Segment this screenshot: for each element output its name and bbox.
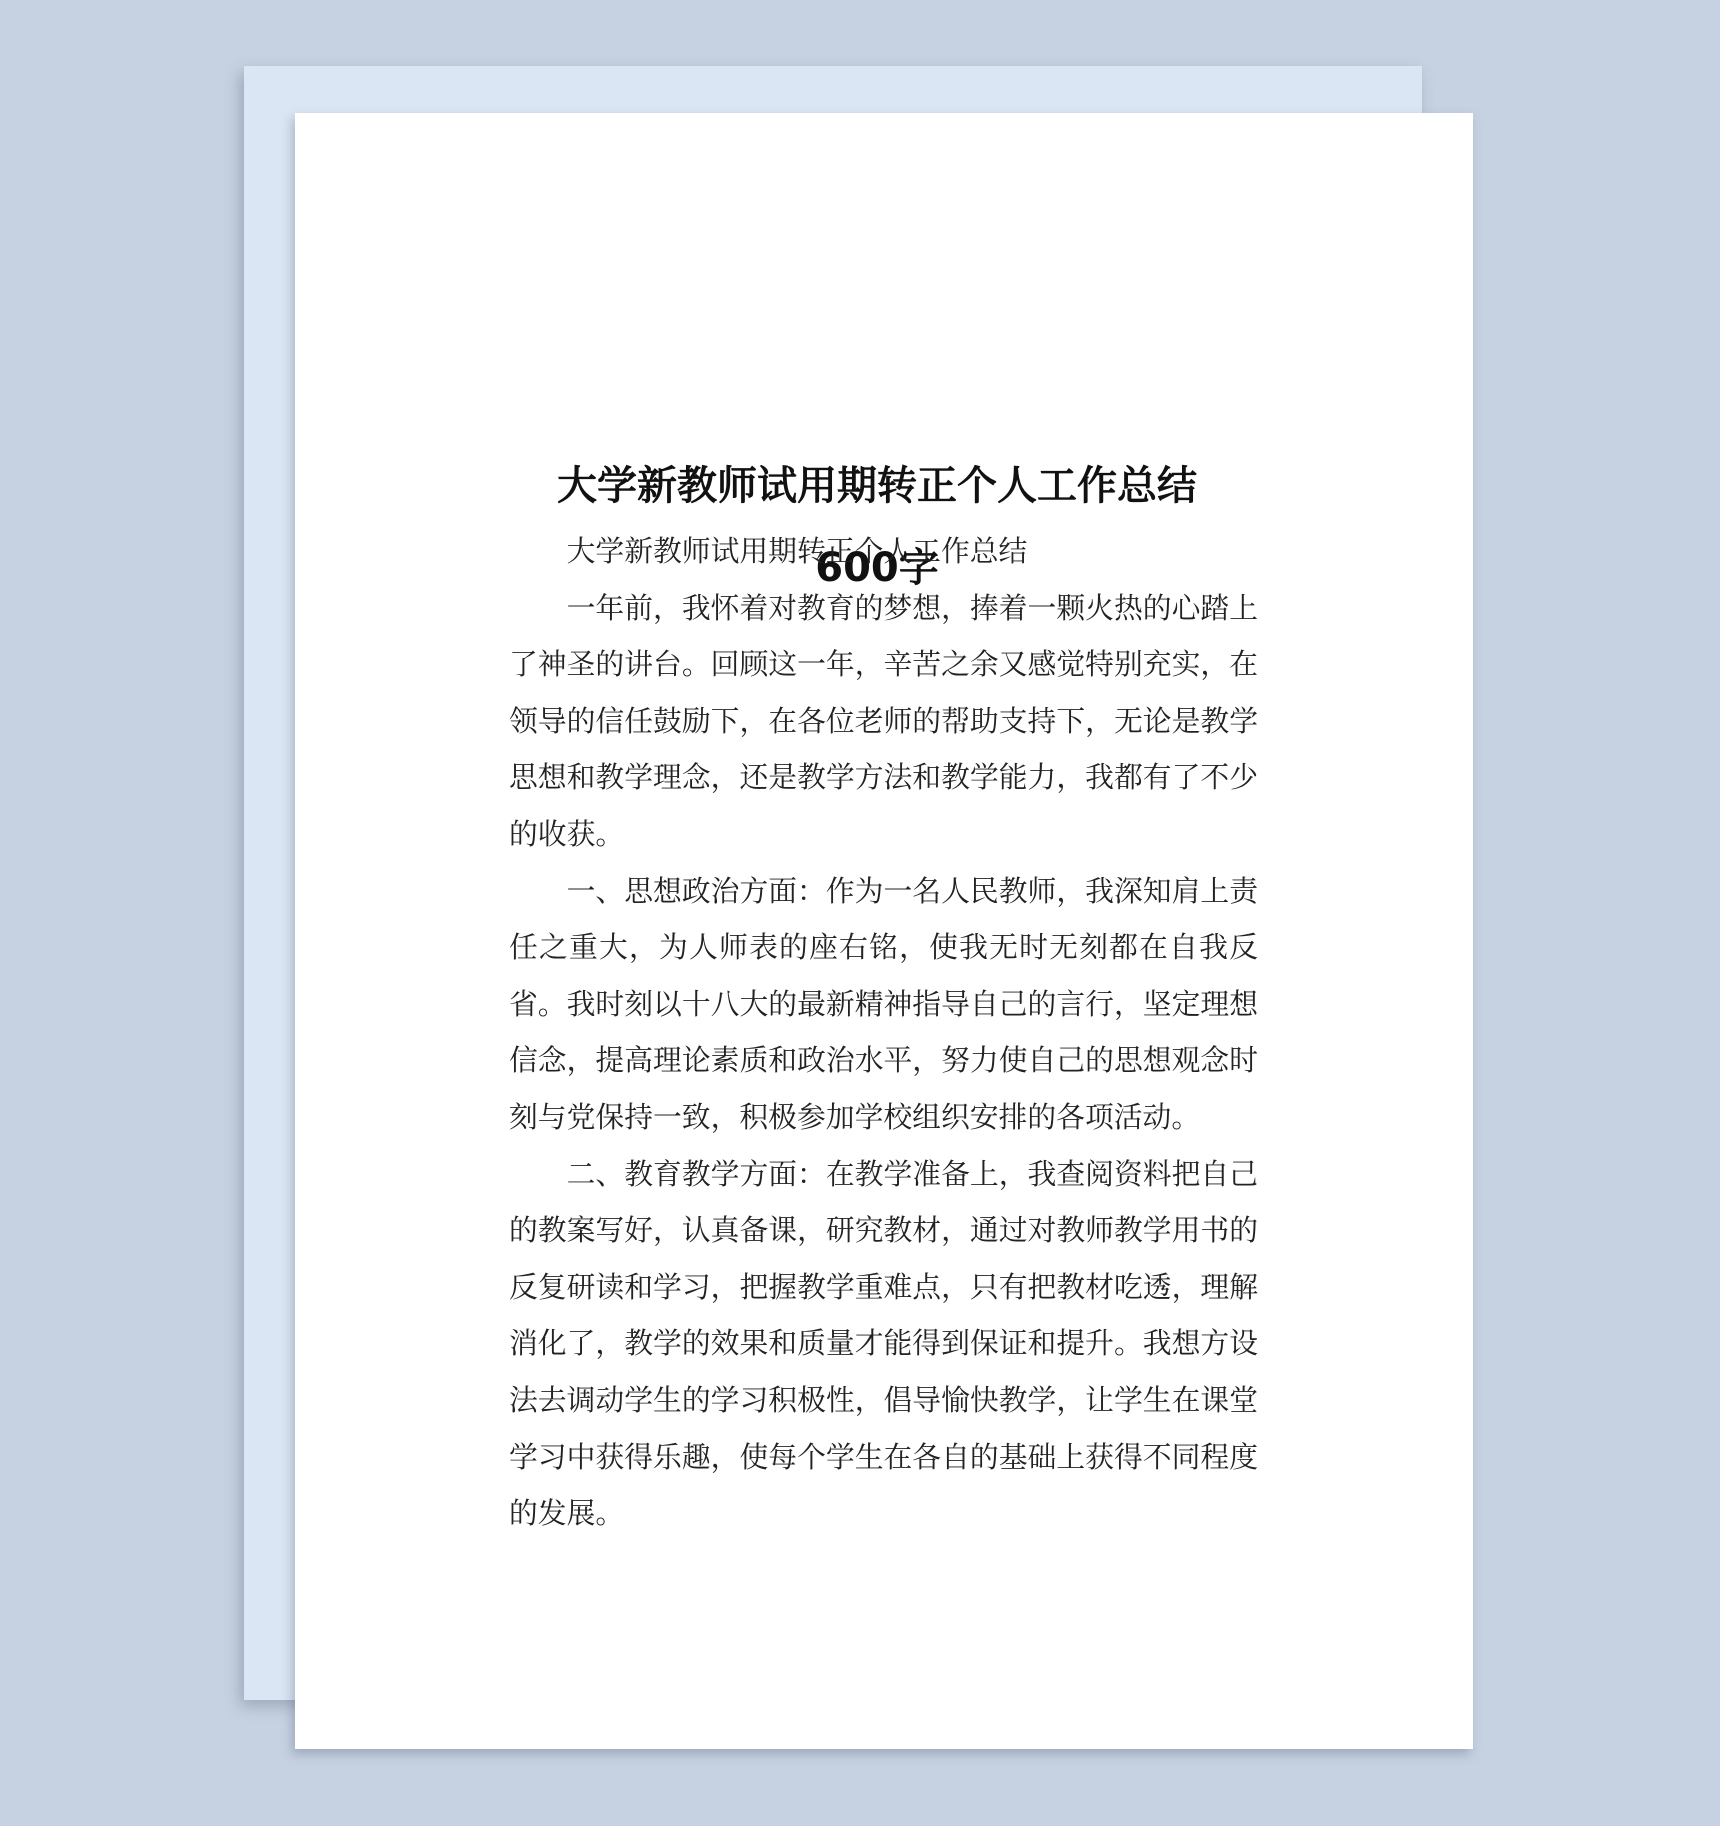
document-page: 大学新教师试用期转正个人工作总结 600字 大学新教师试用期转正个人工作总结 一…: [295, 113, 1473, 1749]
paragraph-education-teaching: 二、教育教学方面：在教学准备上，我查阅资料把自己的教案写好，认真备课，研究教材，…: [509, 1147, 1258, 1543]
document-body: 大学新教师试用期转正个人工作总结 一年前，我怀着对教育的梦想，捧着一颗火热的心踏…: [509, 524, 1258, 1543]
paragraph-intro: 一年前，我怀着对教育的梦想，捧着一颗火热的心踏上了神圣的讲台。回顾这一年，辛苦之…: [509, 581, 1258, 864]
paragraph-political-thought: 一、思想政治方面：作为一名人民教师，我深知肩上责任之重大，为人师表的座右铭，使我…: [509, 864, 1258, 1147]
paragraph-heading: 大学新教师试用期转正个人工作总结: [509, 524, 1258, 581]
